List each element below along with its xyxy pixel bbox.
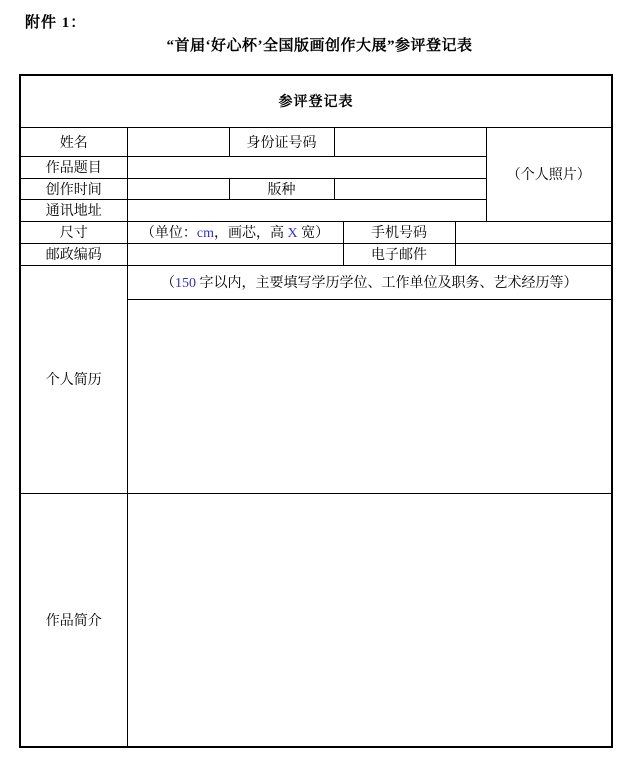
resume-input-cell[interactable] [127, 299, 612, 493]
email-label: 电子邮件 [343, 243, 455, 265]
resume-limit-number: 150 [175, 276, 196, 291]
size-hint-text: ，画芯，高 [214, 226, 288, 241]
work-title-label: 作品题目 [20, 156, 127, 178]
id-number-input-cell[interactable] [334, 127, 486, 156]
name-label: 姓名 [20, 127, 127, 156]
address-input-cell[interactable] [127, 199, 486, 221]
resume-hint: （150 字以内，主要填写学历学位、工作单位及职务、艺术经历等） [127, 265, 612, 299]
resume-hint-text: 字以内，主要填写学历学位、工作单位及职务、艺术经历等） [196, 276, 578, 291]
attachment-label: 附件 1： [25, 11, 86, 32]
mobile-label: 手机号码 [343, 221, 455, 243]
document-title: “首届‘好心杯’全国版画创作大展”参评登记表 [0, 34, 639, 55]
email-input-cell[interactable] [455, 243, 612, 265]
table-header-row: 参评登记表 [20, 75, 612, 127]
table-row: 作品简介 [20, 493, 612, 747]
size-x-text: X [287, 226, 297, 241]
registration-form-table: 参评登记表 姓名 身份证号码 （个人照片） 作品题目 创作时间 版种 通讯地址 … [19, 74, 613, 748]
print-type-input-cell[interactable] [334, 178, 486, 199]
work-title-input-cell[interactable] [127, 156, 486, 178]
table-row: 尺寸 （单位：cm，画芯，高 X 宽） 手机号码 [20, 221, 612, 243]
table-row: 个人简历 （150 字以内，主要填写学历学位、工作单位及职务、艺术经历等） [20, 265, 612, 299]
work-intro-input-cell[interactable] [127, 493, 612, 747]
size-label: 尺寸 [20, 221, 127, 243]
document-page: 附件 1： “首届‘好心杯’全国版画创作大展”参评登记表 参评登记表 姓名 身份… [0, 0, 639, 765]
name-input-cell[interactable] [127, 127, 229, 156]
creation-time-label: 创作时间 [20, 178, 127, 199]
resume-hint-text: （ [161, 276, 175, 291]
size-unit-text: cm [197, 226, 214, 241]
creation-time-input-cell[interactable] [127, 178, 229, 199]
size-hint-text: 宽） [298, 226, 330, 241]
work-intro-label: 作品简介 [20, 493, 127, 747]
form-header-title: 参评登记表 [20, 75, 612, 127]
table-row: 姓名 身份证号码 （个人照片） [20, 127, 612, 156]
resume-label: 个人简历 [20, 265, 127, 493]
postal-code-label: 邮政编码 [20, 243, 127, 265]
size-hint: （单位：cm，画芯，高 X 宽） [127, 221, 343, 243]
mobile-input-cell[interactable] [455, 221, 612, 243]
photo-placeholder-cell[interactable]: （个人照片） [486, 127, 612, 221]
table-row: 邮政编码 电子邮件 [20, 243, 612, 265]
id-number-label: 身份证号码 [229, 127, 334, 156]
size-hint-text: （单位： [141, 226, 197, 241]
address-label: 通讯地址 [20, 199, 127, 221]
print-type-label: 版种 [229, 178, 334, 199]
postal-code-input-cell[interactable] [127, 243, 343, 265]
